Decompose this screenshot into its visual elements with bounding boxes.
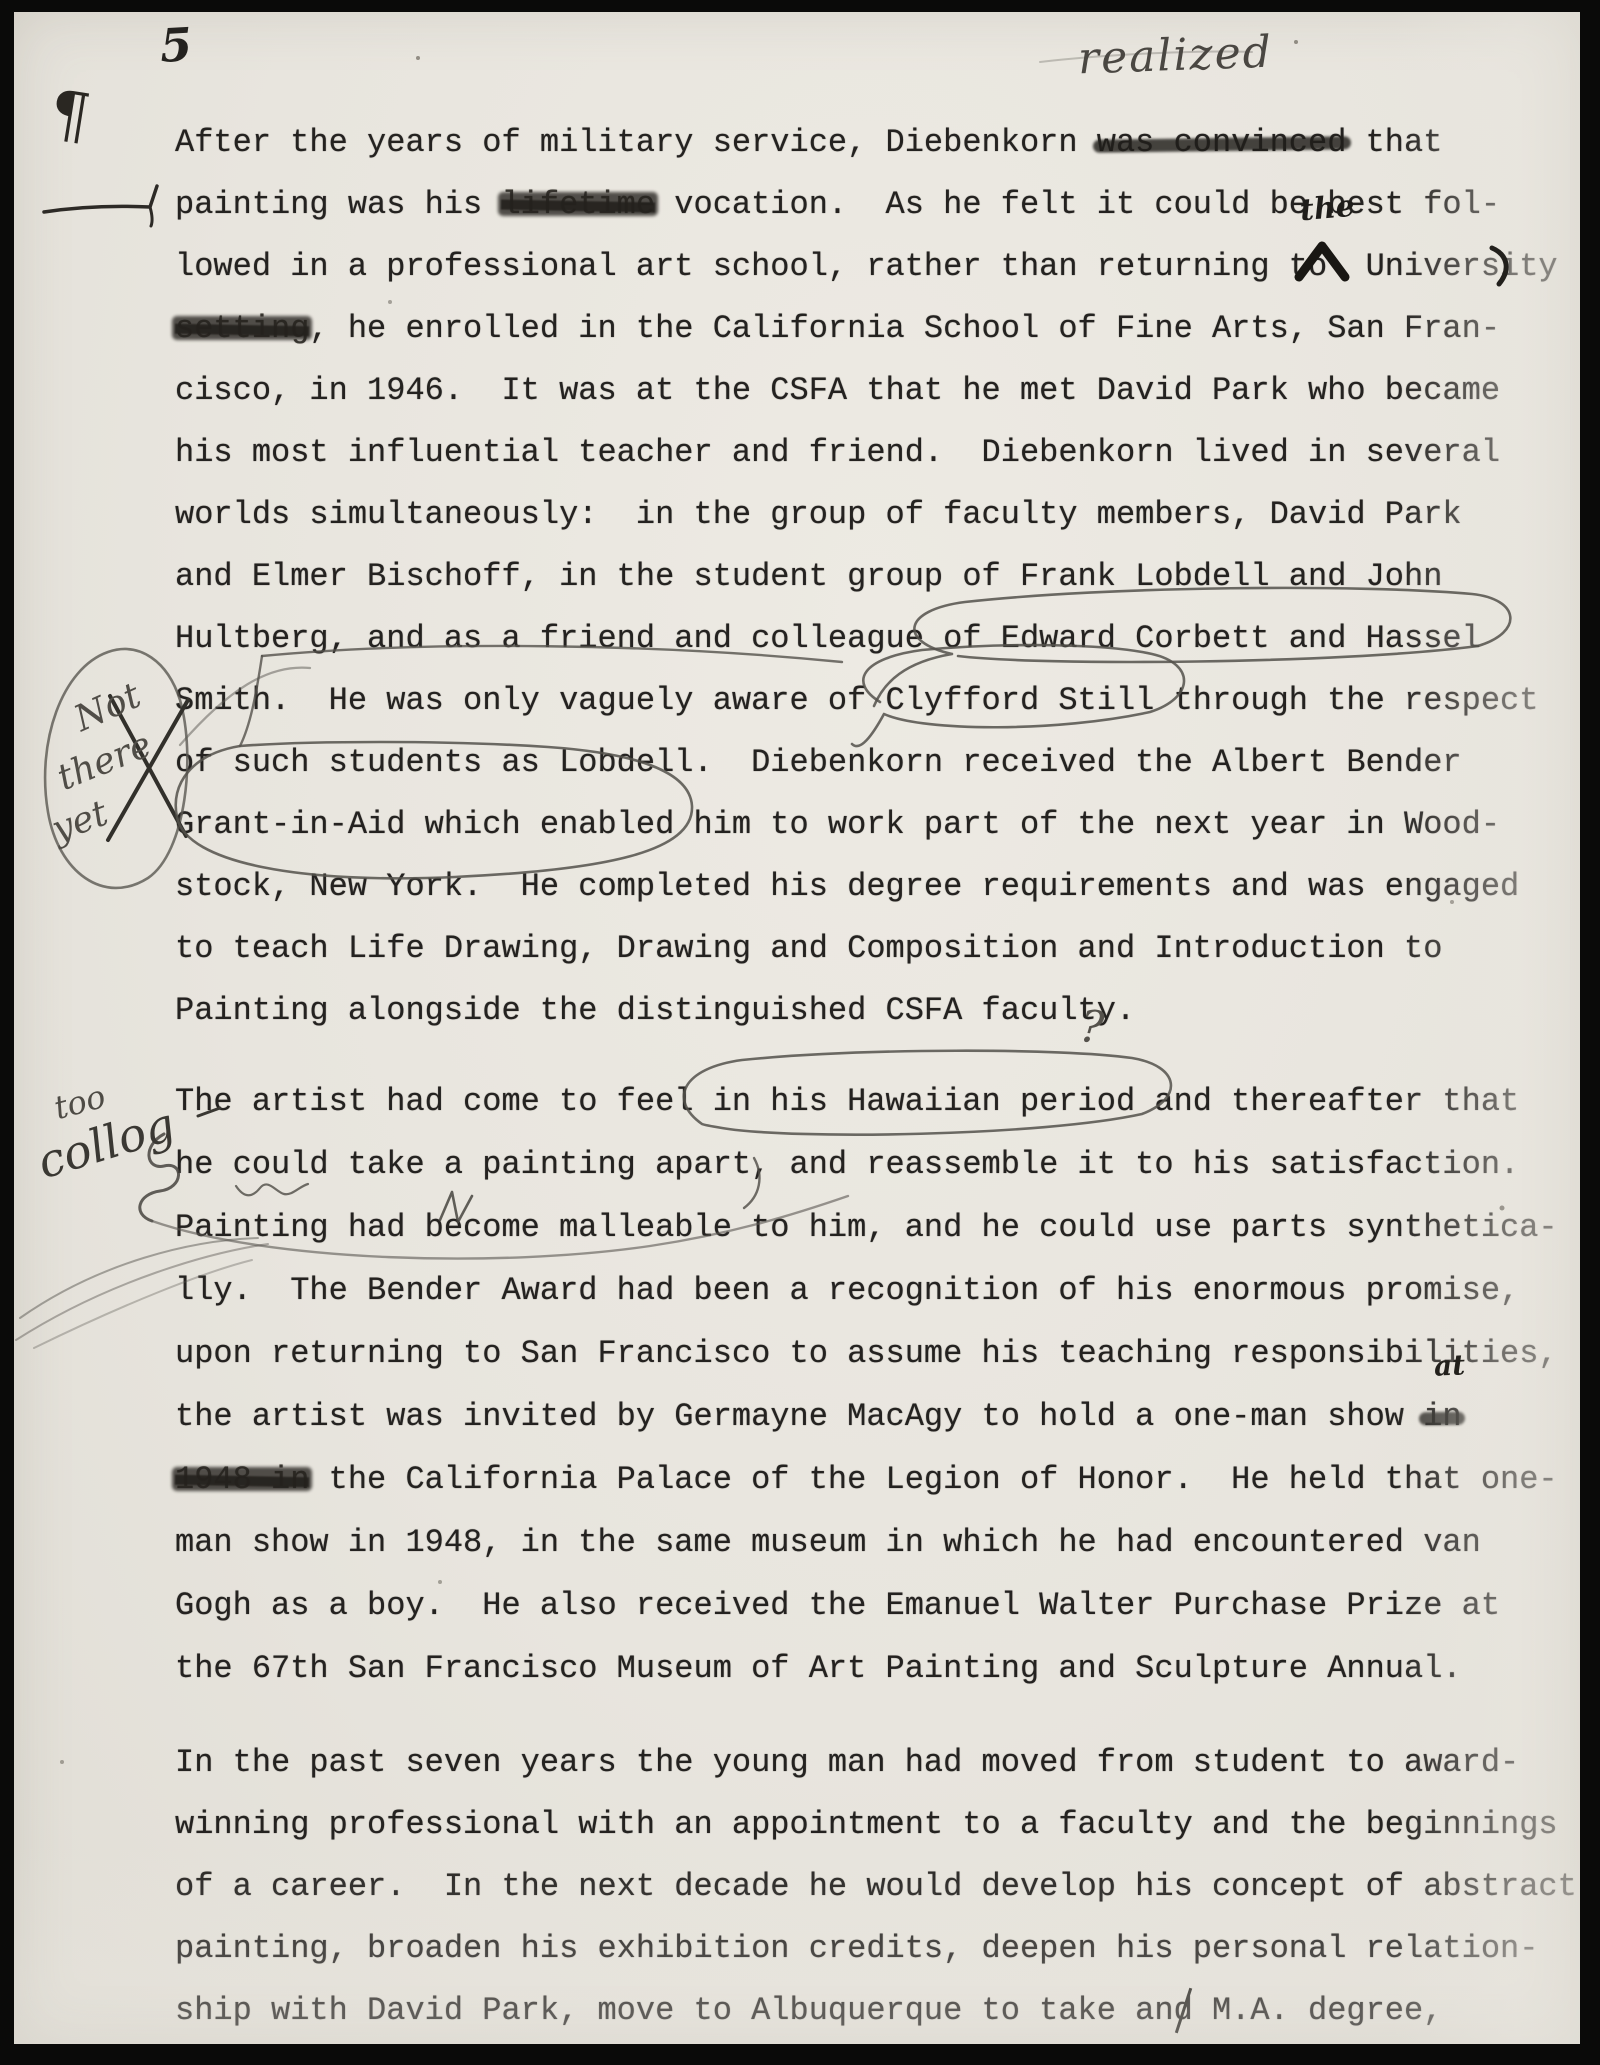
typed-segment: Hultberg, and as a friend and colleague … xyxy=(175,620,1481,657)
typed-line: painting was his lifetime vocation. As h… xyxy=(175,174,1595,236)
typed-segment: the artist was invited by Germayne MacAg… xyxy=(175,1398,1423,1435)
typed-segment: his most influential teacher and friend.… xyxy=(175,434,1500,471)
typed-line: Smith. He was only vaguely aware of Clyf… xyxy=(175,670,1595,732)
typed-segment-struck: in xyxy=(1423,1398,1461,1435)
typed-segment: winning professional with an appointment… xyxy=(175,1806,1558,1843)
typed-segment: he could take a painting apart, and reas… xyxy=(175,1146,1519,1183)
manuscript-page: After the years of military service, Die… xyxy=(0,0,1600,2065)
typed-line: winning professional with an appointment… xyxy=(175,1794,1595,1856)
typed-segment: ship with David Park, move to Albuquerqu… xyxy=(175,1992,1174,2029)
typed-line: of such students as Lobdell. Diebenkorn … xyxy=(175,732,1595,794)
typed-line: and Elmer Bischoff, in the student group… xyxy=(175,546,1595,608)
typed-segment: to teach Life Drawing, Drawing and Compo… xyxy=(175,930,1442,967)
typed-segment: In the past seven years the young man ha… xyxy=(175,1744,1519,1781)
typed-line: The artist had come to feel in his Hawai… xyxy=(175,1070,1595,1133)
typed-segment: vocation. As he felt it could be best fo… xyxy=(655,186,1500,223)
typed-segment-slashed: d xyxy=(1174,1992,1193,2029)
typed-line: painting, broaden his exhibition credits… xyxy=(175,1918,1595,1980)
typed-segment: that xyxy=(1346,124,1442,161)
typed-paragraph-2: The artist had come to feel in his Hawai… xyxy=(175,1070,1595,1700)
typed-line: In the past seven years the young man ha… xyxy=(175,1732,1595,1794)
typed-segment: man show in 1948, in the same museum in … xyxy=(175,1524,1481,1561)
typed-line: stock, New York. He completed his degree… xyxy=(175,856,1595,918)
typed-segment-oblit: lifetime xyxy=(501,186,655,223)
typed-line: Painting had become malleable to him, an… xyxy=(175,1196,1595,1259)
typed-segment: upon returning to San Francisco to assum… xyxy=(175,1335,1558,1372)
typed-line: the artist was invited by Germayne MacAg… xyxy=(175,1385,1595,1448)
typed-line: upon returning to San Francisco to assum… xyxy=(175,1322,1595,1385)
typed-segment: painting was his xyxy=(175,186,501,223)
typed-segment: Painting had become malleable to him, an… xyxy=(175,1209,1558,1246)
typed-line: lowed in a professional art school, rath… xyxy=(175,236,1595,298)
typed-line: Gogh as a boy. He also received the Eman… xyxy=(175,1574,1595,1637)
typed-segment: and Elmer Bischoff, in the student group… xyxy=(175,558,1442,595)
typed-segment: Smith. He was only vaguely aware of Clyf… xyxy=(175,682,1538,719)
typed-line: of a career. In the next decade he would… xyxy=(175,1856,1595,1918)
typed-line: worlds simultaneously: in the group of f… xyxy=(175,484,1595,546)
typed-segment: stock, New York. He completed his degree… xyxy=(175,868,1519,905)
typed-segment: of such students as Lobdell. Diebenkorn … xyxy=(175,744,1462,781)
typed-segment: of a career. In the next decade he would… xyxy=(175,1868,1577,1905)
typed-paragraph-1: After the years of military service, Die… xyxy=(175,112,1595,1042)
typed-line: his most influential teacher and friend.… xyxy=(175,422,1595,484)
typed-segment: painting, broaden his exhibition credits… xyxy=(175,1930,1538,1967)
typed-line: cisco, in 1946. It was at the CSFA that … xyxy=(175,360,1595,422)
typed-segment-oblit: 1948 in xyxy=(175,1461,309,1498)
typed-paragraph-3: In the past seven years the young man ha… xyxy=(175,1732,1595,2042)
typed-segment: M.A. degree, xyxy=(1193,1992,1443,2029)
typed-segment-struck: was convinced xyxy=(1097,124,1347,161)
typed-segment: the 67th San Francisco Museum of Art Pai… xyxy=(175,1650,1462,1687)
typed-segment: worlds simultaneously: in the group of f… xyxy=(175,496,1462,533)
typed-segment: lowed in a professional art school, rath… xyxy=(175,248,1558,285)
typed-segment: cisco, in 1946. It was at the CSFA that … xyxy=(175,372,1500,409)
typed-segment: Gogh as a boy. He also received the Eman… xyxy=(175,1587,1500,1624)
typed-segment: The artist had come to feel in his Hawai… xyxy=(175,1083,1519,1120)
typed-segment: lly. The Bender Award had been a recogni… xyxy=(175,1272,1519,1309)
typed-segment: , he enrolled in the California School o… xyxy=(309,310,1500,347)
typed-line: 1948 in the California Palace of the Leg… xyxy=(175,1448,1595,1511)
typed-segment: Painting alongside the distinguished CSF… xyxy=(175,992,1135,1029)
typed-line: Painting alongside the distinguished CSF… xyxy=(175,980,1595,1042)
typed-segment: After the years of military service, Die… xyxy=(175,124,1097,161)
typed-segment: Grant-in-Aid which enabled him to work p… xyxy=(175,806,1500,843)
typed-line: he could take a painting apart, and reas… xyxy=(175,1133,1595,1196)
typed-segment: the California Palace of the Legion of H… xyxy=(309,1461,1557,1498)
typed-line: After the years of military service, Die… xyxy=(175,112,1595,174)
typed-line: the 67th San Francisco Museum of Art Pai… xyxy=(175,1637,1595,1700)
typed-line: lly. The Bender Award had been a recogni… xyxy=(175,1259,1595,1322)
typed-line: man show in 1948, in the same museum in … xyxy=(175,1511,1595,1574)
typed-line: ship with David Park, move to Albuquerqu… xyxy=(175,1980,1595,2042)
typed-segment-oblit: setting xyxy=(175,310,309,347)
typed-line: setting, he enrolled in the California S… xyxy=(175,298,1595,360)
typed-line: Hultberg, and as a friend and colleague … xyxy=(175,608,1595,670)
typed-line: Grant-in-Aid which enabled him to work p… xyxy=(175,794,1595,856)
typed-line: to teach Life Drawing, Drawing and Compo… xyxy=(175,918,1595,980)
